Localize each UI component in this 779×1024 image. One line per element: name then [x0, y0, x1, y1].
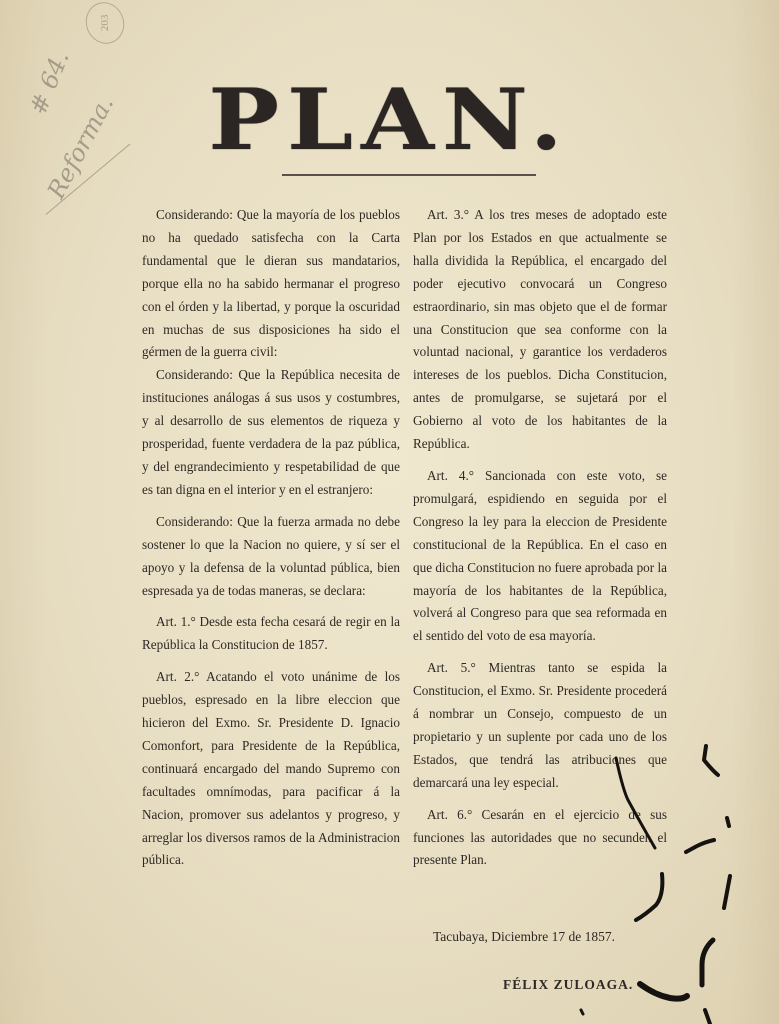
right-column: Art. 3.° A los tres meses de adoptado es…: [413, 204, 667, 872]
considerando-3: Considerando: Que la fuerza armada no de…: [142, 511, 400, 603]
circled-catalog-number: 203: [80, 0, 130, 49]
article-5: Art. 5.° Mientras tanto se espida la Con…: [413, 657, 667, 794]
considerando-1: Considerando: Que la mayoría de los pueb…: [142, 204, 400, 364]
article-4: Art. 4.° Sancionada con este voto, se pr…: [413, 465, 667, 648]
article-3: Art. 3.° A los tres meses de adoptado es…: [413, 204, 667, 456]
signature: FÉLIX ZULOAGA.: [503, 977, 633, 993]
left-column: Considerando: Que la mayoría de los pueb…: [142, 204, 400, 872]
title-divider: [282, 174, 536, 176]
place-and-date: Tacubaya, Diciembre 17 de 1857.: [433, 929, 615, 945]
article-6: Art. 6.° Cesarán en el ejercicio de sus …: [413, 804, 667, 873]
considerando-2: Considerando: Que la República necesita …: [142, 364, 400, 501]
article-2: Art. 2.° Acatando el voto unánime de los…: [142, 666, 400, 872]
article-1: Art. 1.° Desde esta fecha cesará de regi…: [142, 611, 400, 657]
document-title: PLAN.: [0, 75, 779, 165]
document-page: 203 # 64. Reforma. PLAN. Considerando: Q…: [0, 0, 779, 1024]
